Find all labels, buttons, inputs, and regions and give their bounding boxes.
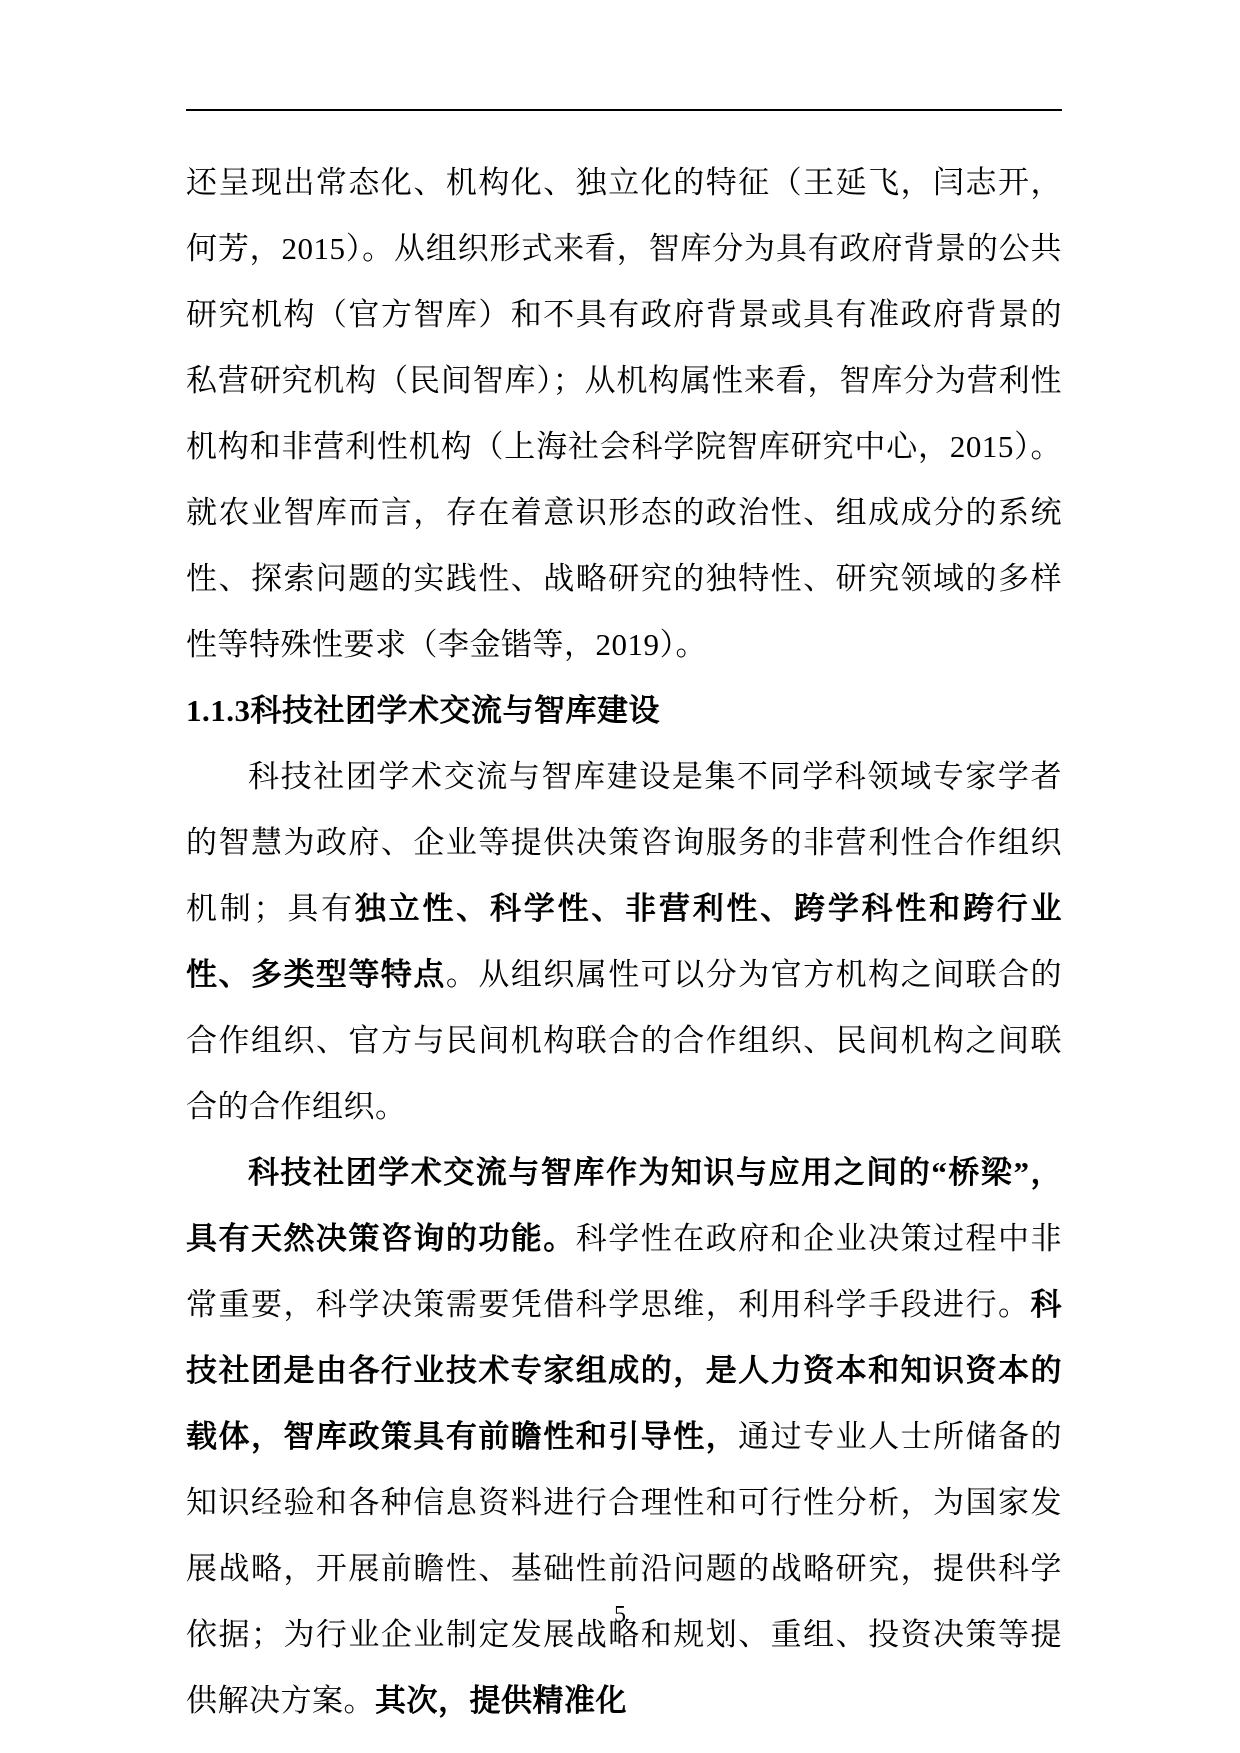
text-run: 其次，提供精准化: [375, 1683, 627, 1718]
paragraph: 科技社团学术交流与智库建设是集不同学科领域专家学者的智慧为政府、企业等提供决策咨…: [186, 744, 1062, 1140]
document-body: 还呈现出常态化、机构化、独立化的特征（王延飞，闫志开，何芳，2015）。从组织形…: [186, 150, 1062, 1734]
paragraph: 还呈现出常态化、机构化、独立化的特征（王延飞，闫志开，何芳，2015）。从组织形…: [186, 150, 1062, 678]
page-number: 5: [614, 1602, 626, 1628]
header-rule: [186, 109, 1062, 111]
paragraph: 科技社团学术交流与智库作为知识与应用之间的“桥梁”，具有天然决策咨询的功能。科学…: [186, 1140, 1062, 1734]
text-run: 还呈现出常态化、机构化、独立化的特征（王延飞，闫志开，何芳，2015）。从组织形…: [186, 165, 1062, 662]
document-page: 还呈现出常态化、机构化、独立化的特征（王延飞，闫志开，何芳，2015）。从组织形…: [0, 0, 1240, 1753]
section-heading: 1.1.3科技社团学术交流与智库建设: [186, 678, 1062, 744]
text-run: 通过专业人士所储备的知识经验和各种信息资料进行合理性和可行性分析，为国家发展战略…: [186, 1419, 1062, 1718]
page-footer: 5: [0, 1598, 1240, 1632]
text-run: 1.1.3科技社团学术交流与智库建设: [186, 693, 660, 728]
